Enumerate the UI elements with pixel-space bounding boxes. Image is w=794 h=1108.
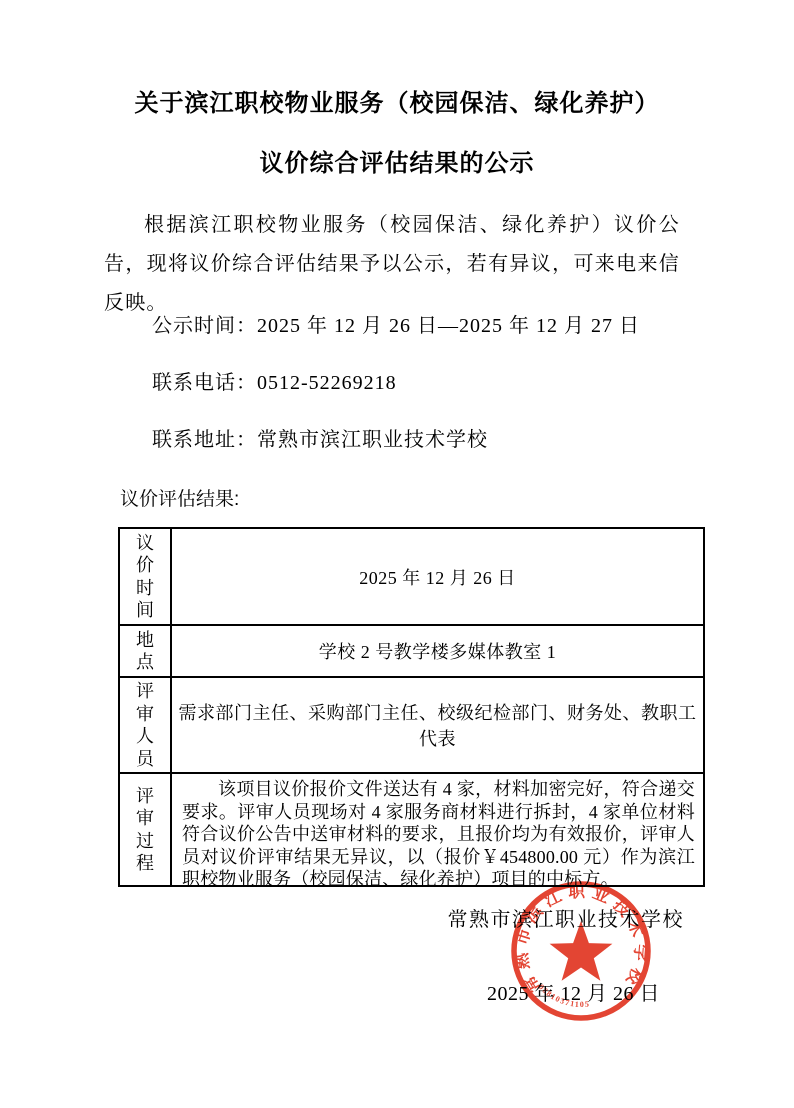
row-value-panel: 需求部门主任、采购部门主任、校级纪检部门、财务处、教职工代表 <box>172 678 703 772</box>
row-label-panel-text: 评审人员 <box>136 680 155 770</box>
table-row-time: 议价时间 2025 年 12 月 26 日 <box>120 529 703 624</box>
evaluation-result-caption: 议价评估结果: <box>120 488 239 512</box>
row-label-time-text: 议价时间 <box>136 532 155 622</box>
signature-date: 2025 年 12 月 26 日 <box>487 980 660 1008</box>
document-page: 关于滨江职校物业服务（校园保洁、绿化养护） 议价综合评估结果的公示 根据滨江职校… <box>0 0 794 1108</box>
table-row-process: 评审过程 该项目议价报价文件送达有 4 家，材料加密完好，符合递交要求。评审人员… <box>120 772 703 885</box>
contact-address-line: 联系地址：常熟市滨江职业技术学校 <box>152 426 488 454</box>
table-row-panel: 评审人员 需求部门主任、采购部门主任、校级纪检部门、财务处、教职工代表 <box>120 676 703 772</box>
contact-phone-line: 联系电话：0512-52269218 <box>152 369 397 397</box>
row-value-time: 2025 年 12 月 26 日 <box>172 529 703 624</box>
row-value-process: 该项目议价报价文件送达有 4 家，材料加密完好，符合递交要求。评审人员现场对 4… <box>172 774 703 885</box>
row-label-time: 议价时间 <box>120 529 172 624</box>
row-value-location: 学校 2 号教学楼多媒体教室 1 <box>172 626 703 676</box>
document-title-line-1: 关于滨江职校物业服务（校园保洁、绿化养护） <box>0 88 794 120</box>
row-label-location: 地点 <box>120 626 172 676</box>
document-title-line-2: 议价综合评估结果的公示 <box>0 148 794 180</box>
row-label-process-text: 评审过程 <box>136 785 155 875</box>
table-row-location: 地点 学校 2 号教学楼多媒体教室 1 <box>120 624 703 676</box>
row-label-location-text: 地点 <box>136 629 155 674</box>
intro-paragraph: 根据滨江职校物业服务（校园保洁、绿化养护）议价公告，现将议价综合评估结果予以公示… <box>104 206 680 323</box>
row-label-process: 评审过程 <box>120 774 172 885</box>
evaluation-table: 议价时间 2025 年 12 月 26 日 地点 学校 2 号教学楼多媒体教室 … <box>118 527 705 887</box>
row-label-panel: 评审人员 <box>120 678 172 772</box>
publicity-time-line: 公示时间：2025 年 12 月 26 日—2025 年 12 月 27 日 <box>152 312 640 340</box>
signature-school-name: 常熟市滨江职业技术学校 <box>448 905 685 935</box>
